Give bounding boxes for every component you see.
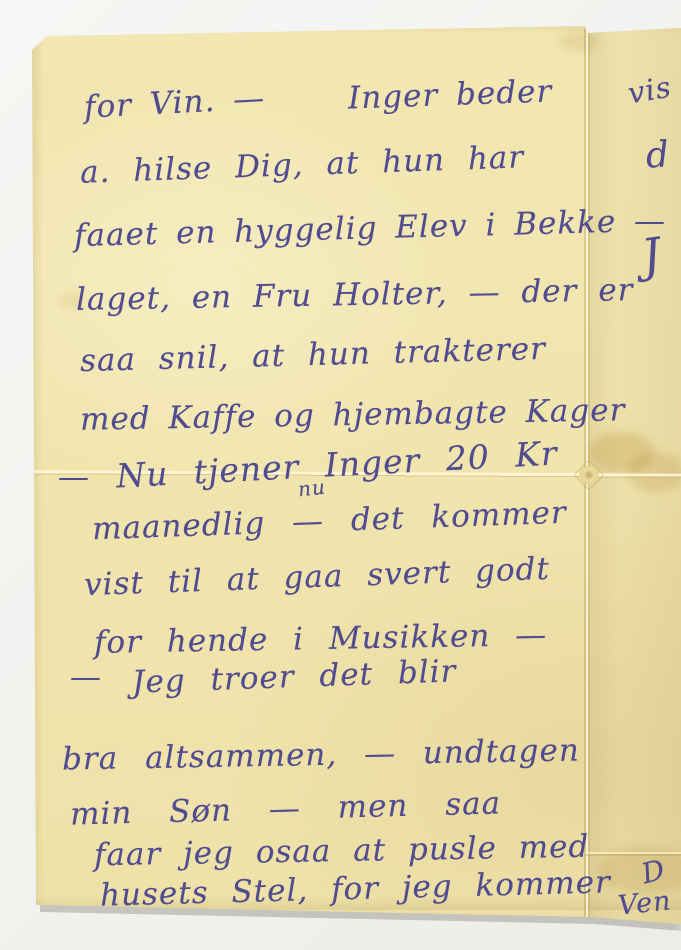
- margin-dash: —: [58, 462, 90, 493]
- adjacent-page-line-fragment: vis: [626, 72, 674, 108]
- handwriting-line: Nu tjener Inger 20 Kr: [115, 436, 558, 492]
- handwriting-line: faar jeg osaa at pusle med: [94, 832, 590, 872]
- handwriting-line: Inger beder: [348, 76, 553, 114]
- signature-fragment: Ven: [617, 887, 673, 919]
- handwriting-line: maanedlig — det kommer: [92, 498, 568, 546]
- letter-scan: for Vin. — Inger beder a. hilse Dig, at …: [0, 0, 681, 950]
- handwriting-line: laget, en Fru Holter, — der er: [76, 275, 634, 316]
- handwriting-line: min Søn — men saa: [70, 788, 502, 830]
- handwriting-line: faaet en hyggelig Elev i Bekke: [74, 207, 617, 252]
- margin-dash: —: [70, 662, 102, 693]
- handwriting-line: med Kaffe og hjembagte Kager: [80, 395, 626, 436]
- adjacent-page-line-fragment: d: [645, 137, 671, 175]
- inserted-word: nu: [297, 477, 327, 500]
- handwriting-line: a. hilse Dig, at hun har: [80, 142, 525, 188]
- handwriting-line: bra altsammen, — undtagen: [62, 735, 580, 775]
- handwriting-line: for Vin. —: [83, 83, 266, 123]
- secondary-fold-line: [585, 852, 681, 856]
- handwriting-line: for hende i Musikken —: [94, 620, 548, 659]
- letter-page: for Vin. — Inger beder a. hilse Dig, at …: [0, 0, 681, 950]
- handwriting-line: Jeg troer det blir: [132, 656, 457, 698]
- handwriting-line: vist til at gaa svert godt: [84, 554, 551, 601]
- stain: [560, 30, 600, 52]
- stain: [628, 452, 681, 492]
- handwriting-line: saa snil, at hun trakterer: [80, 334, 547, 377]
